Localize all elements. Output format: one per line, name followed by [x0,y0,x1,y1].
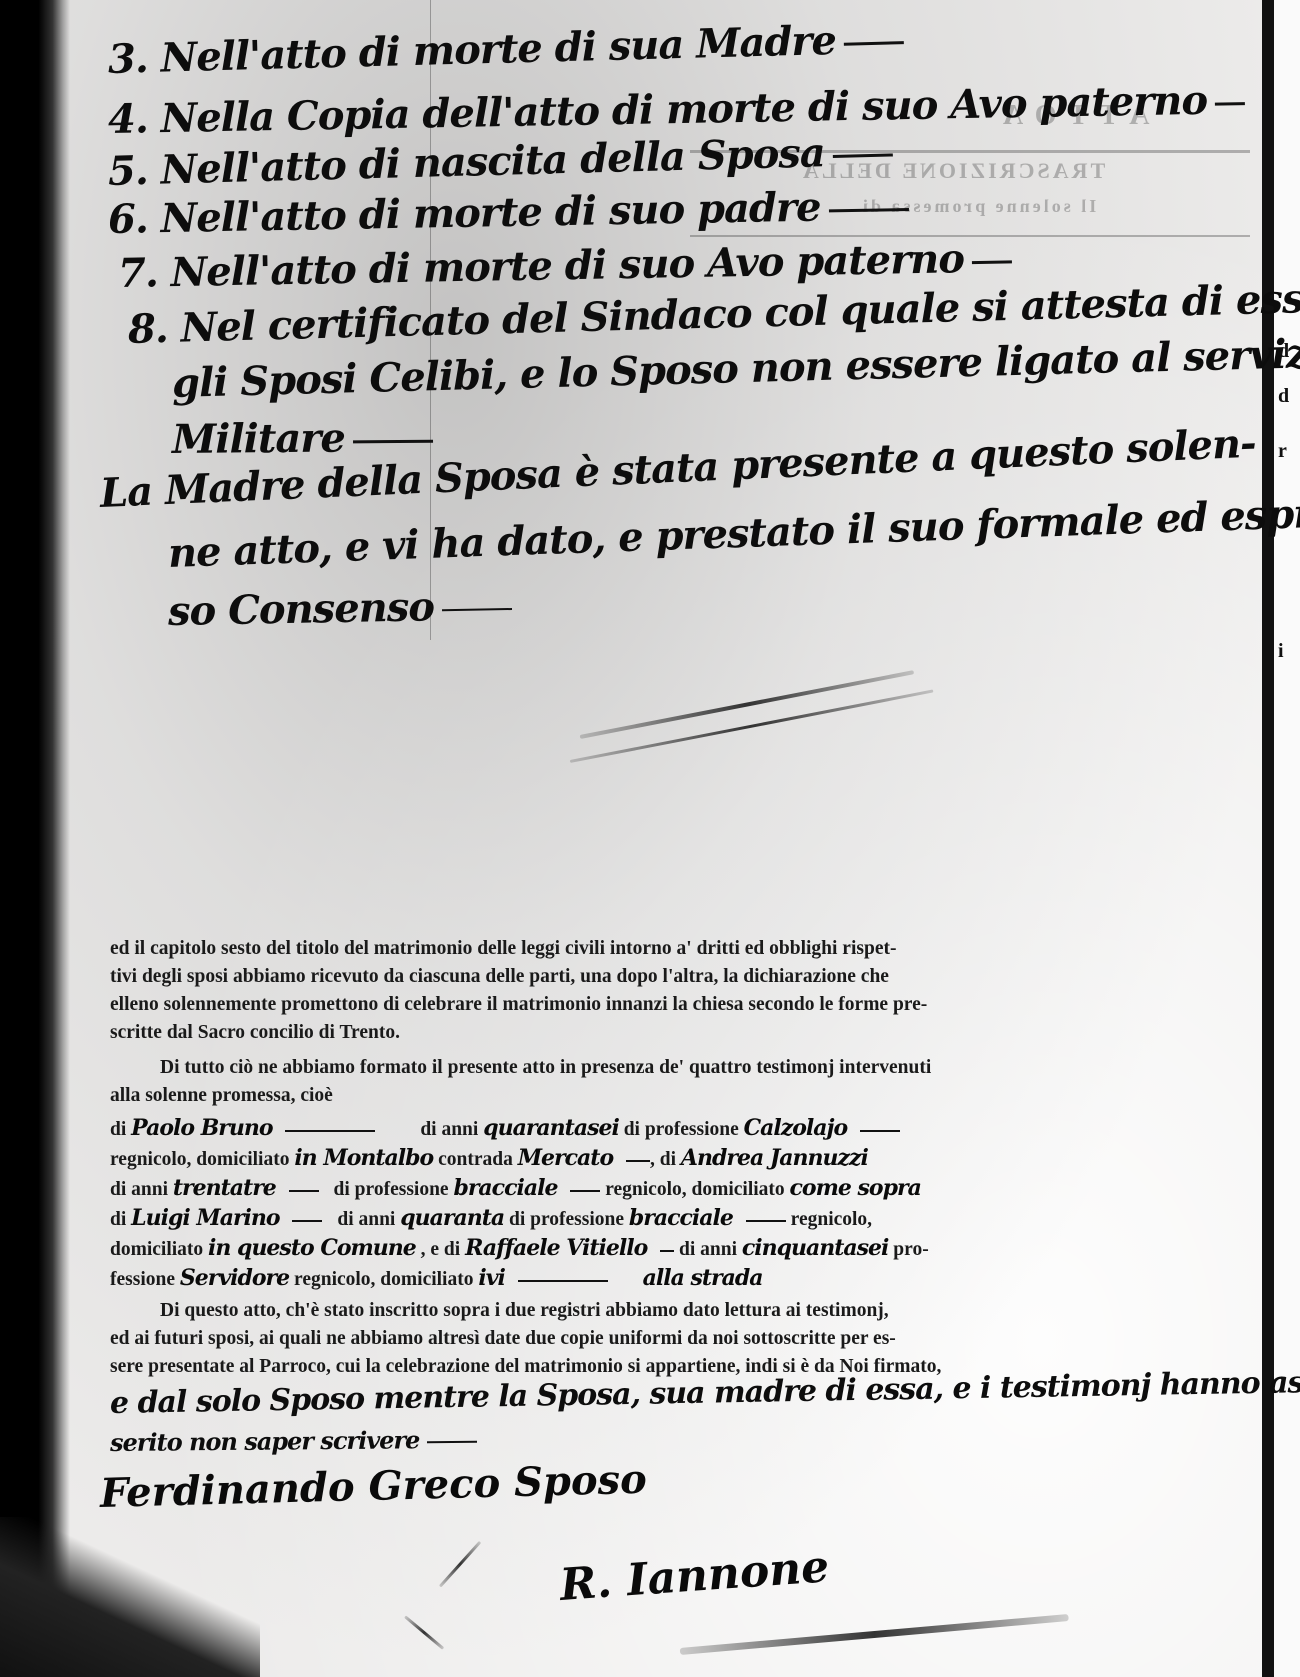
printed-text-line: tivi degli sposi abbiamo ricevuto da cia… [110,966,889,988]
witness-line-5: domiciliato in questo Comune , e di Raff… [110,1235,929,1261]
printed-text-line: scritte dal Sacro concilio di Trento. [110,1022,400,1044]
book-binding-left [0,0,70,1677]
witness-4-age: cinquantasei [742,1235,889,1261]
printed-text-line: ed il capitolo sesto del titolo del matr… [110,938,1240,960]
printed-text-line: alla solenne promessa, cioè [110,1085,333,1107]
witness-4-domicile: ivi [478,1265,505,1291]
witness-line-4: di Luigi Marino di anni quaranta di prof… [110,1205,872,1231]
witness-2-name: Andrea Jannuzzi [681,1145,868,1171]
handwritten-closing-line: serito non saper scrivere [110,1425,478,1457]
handwritten-entry: Militare [172,414,433,463]
witness-3-name: Luigi Marino [131,1205,279,1231]
printed-text-line: Di questo atto, ch'è stato inscritto sop… [160,1300,889,1322]
printed-text-line: elleno solennemente promettono di celebr… [110,994,927,1016]
witness-line-1: di Paolo Bruno di anni quarantasei di pr… [110,1115,900,1141]
printed-text-line: Di tutto ciò ne abbiamo formato il prese… [160,1057,931,1079]
witness-4-street: alla strada [643,1265,763,1291]
witness-1-profession: Calzolajo [744,1115,848,1141]
book-gutter-right [1262,0,1274,1677]
witness-2-domicile: come sopra [790,1175,921,1201]
witness-3-profession: bracciale [629,1205,733,1231]
witness-line-3: di anni trentatre di professione braccia… [110,1175,921,1201]
facing-page-fragment: i [1278,640,1284,663]
witness-2-age: trentatre [173,1175,276,1201]
witness-line-2: regnicolo, domiciliato in Montalbo contr… [110,1145,868,1171]
witness-1-domicile: in Montalbo [294,1145,433,1171]
witness-3-age: quaranta [400,1205,504,1231]
witness-2-profession: bracciale [453,1175,557,1201]
witness-4-name: Raffaele Vitiello [465,1235,647,1261]
facing-page-fragment: r [1278,440,1287,463]
witness-1-name: Paolo Bruno [131,1115,272,1141]
witness-1-street: Mercato [518,1145,613,1171]
witness-3-domicile: in questo Comune [208,1235,416,1261]
facing-page-edge: d d r i [1274,0,1300,1677]
witness-line-6: fessione Servidore regnicolo, domiciliat… [110,1265,763,1291]
witness-1-age: quarantasei [483,1115,619,1141]
page-corner-shadow [0,1517,260,1677]
witness-4-profession: Servidore [180,1265,289,1291]
printed-text-line: ed ai futuri sposi, ai quali ne abbiamo … [110,1328,896,1350]
facing-page-fragment: d [1278,385,1289,408]
handwritten-note-line: so Consenso [168,582,513,635]
